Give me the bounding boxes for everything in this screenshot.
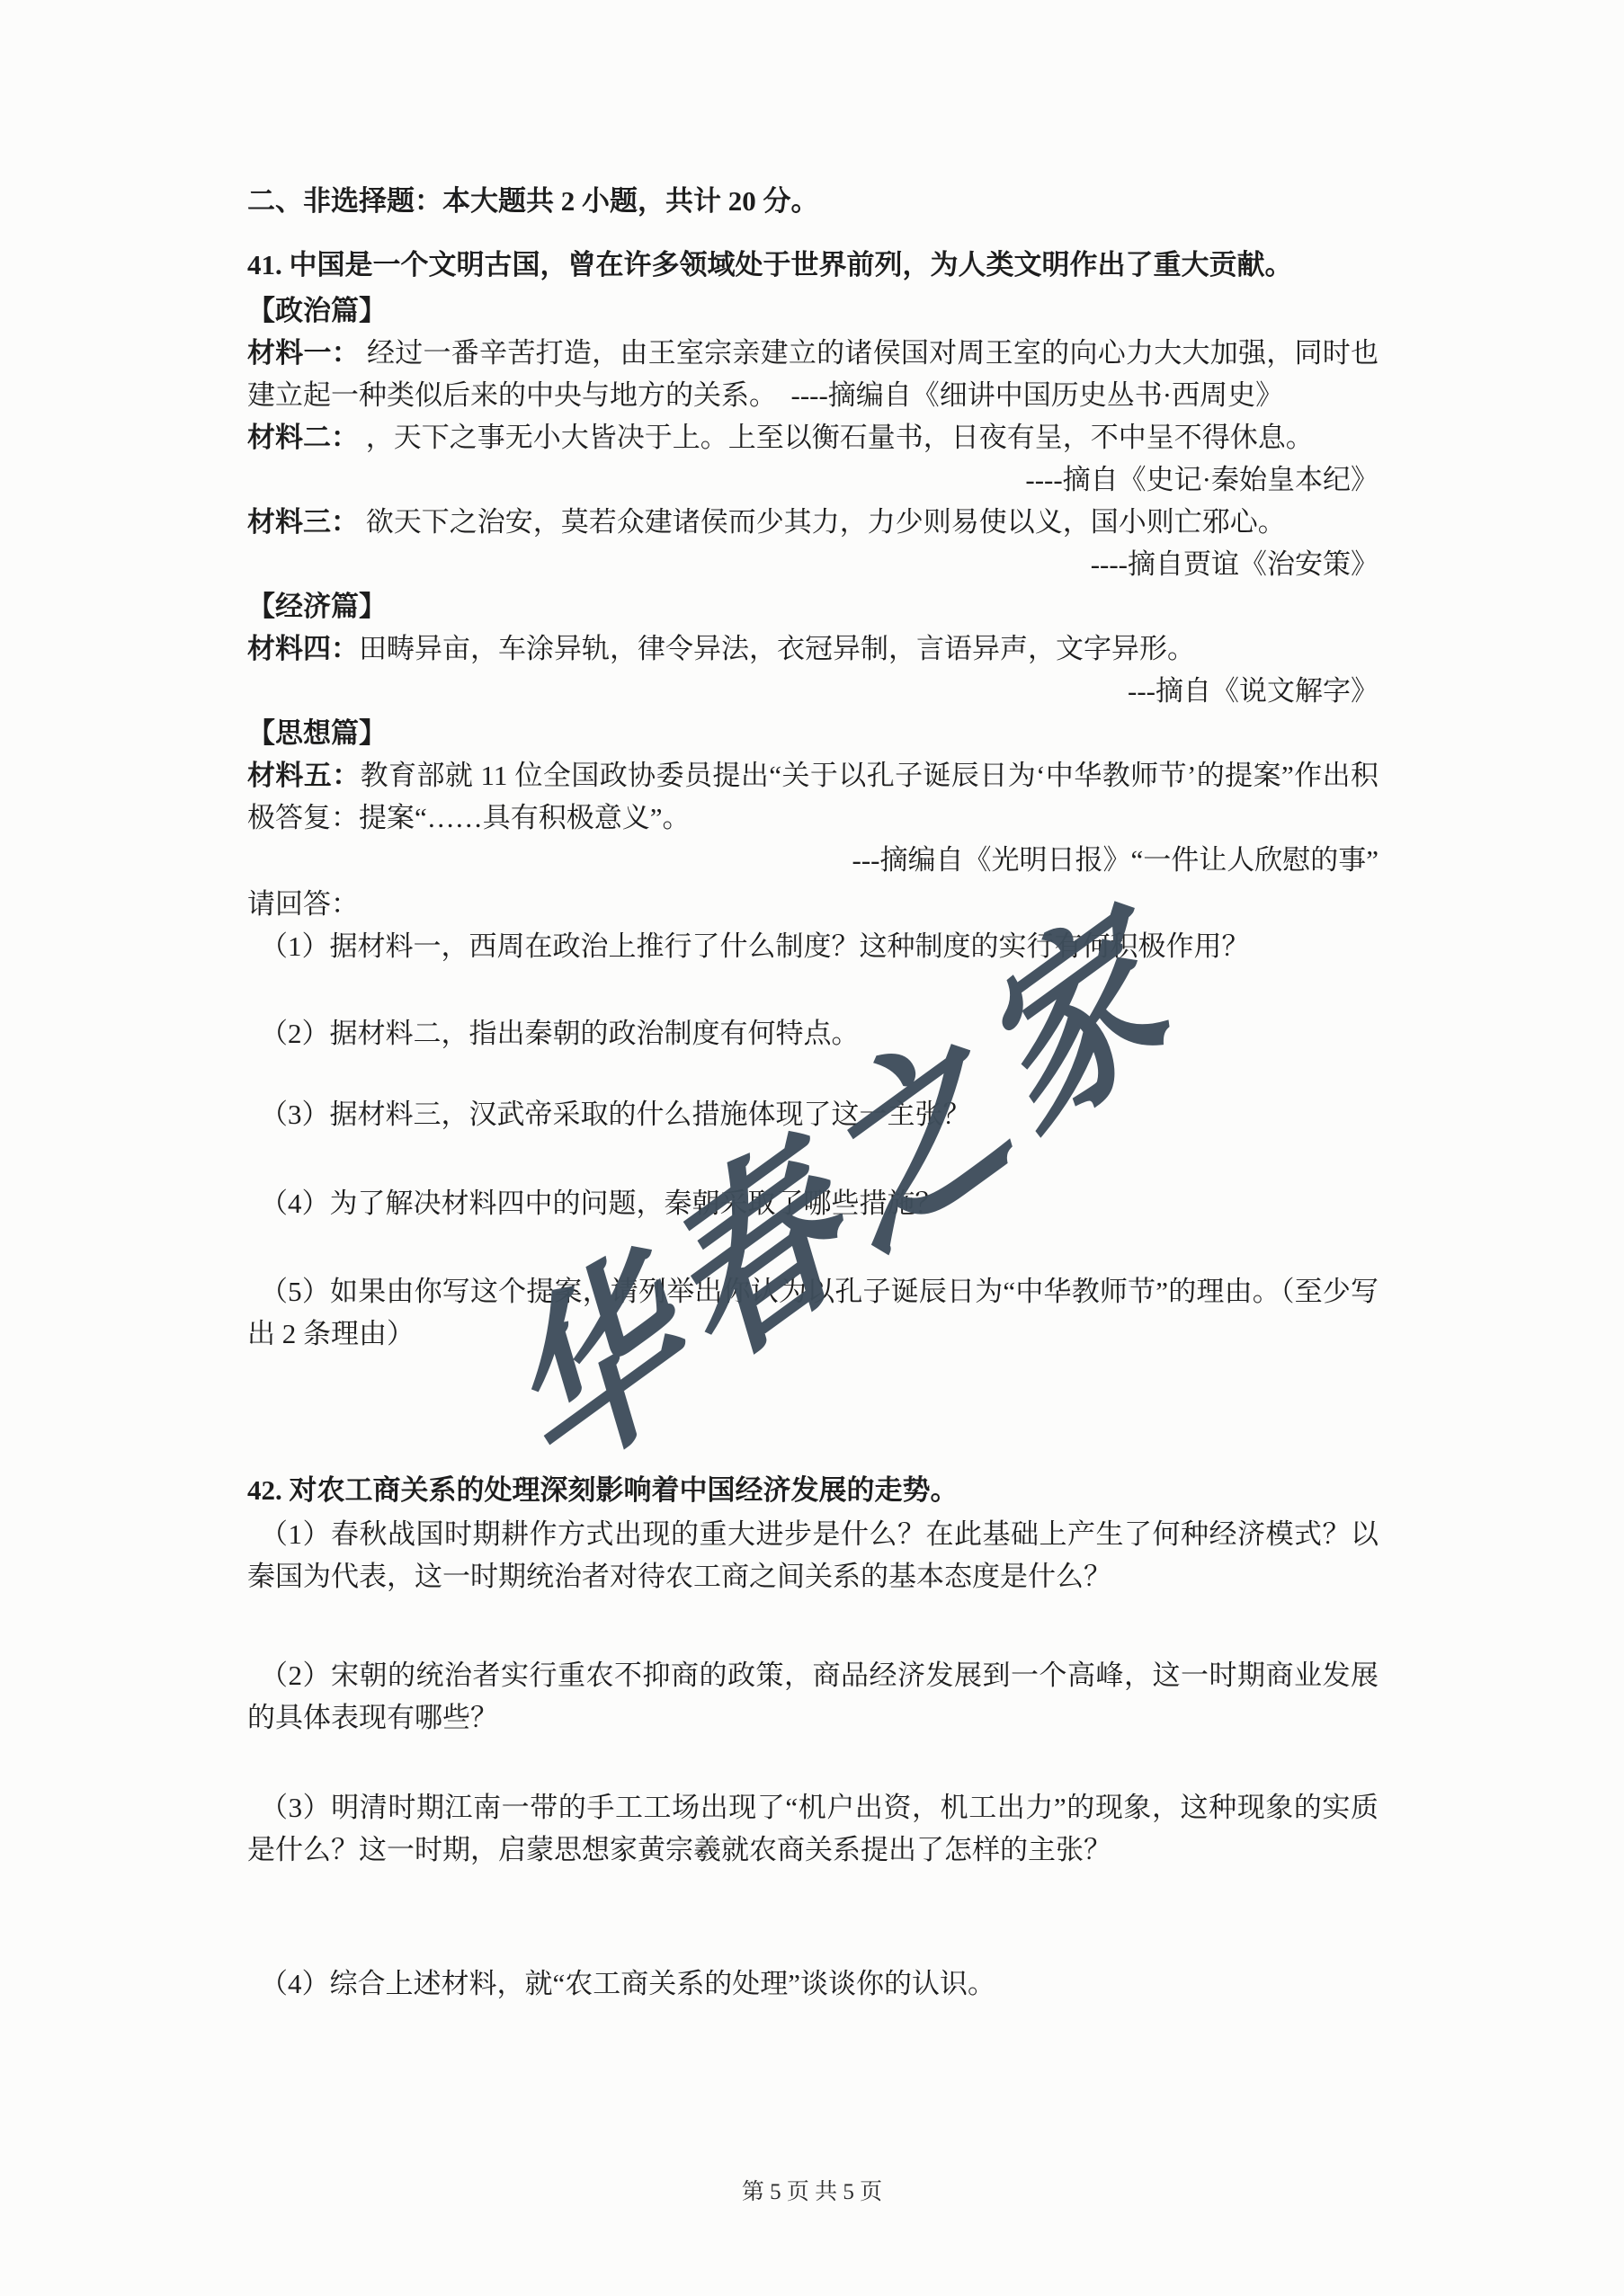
question-41-title: 41. 中国是一个文明古国，曾在许多领域处于世界前列，为人类文明作出了重大贡献。 [247, 244, 1379, 286]
question-42-title: 42. 对农工商关系的处理深刻影响着中国经济发展的走势。 [247, 1469, 1379, 1511]
material-4-text: 田畴异亩，车涂异轨，律令异法，衣冠异制，言语异声，文字异形。 [359, 633, 1195, 664]
material-5-text: 教育部就 11 位全国政协委员提出“关于以孔子诞辰日为‘中华教师节’的提案”作出… [247, 760, 1379, 833]
material-2-citation: ----摘自《史记·秦始皇本纪》 [247, 458, 1379, 501]
q41-politics-header: 【政治篇】 [247, 289, 1379, 332]
q41-subquestion-1: （1）据材料一，西周在政治上推行了什么制度？这种制度的实行有何积极作用？ [247, 925, 1379, 967]
material-4-label: 材料四： [247, 633, 359, 664]
material-2-label: 材料二： [247, 422, 359, 453]
exam-page: 华春之家 二、非选择题：本大题共 2 小题，共计 20 分。 41. 中国是一个… [0, 0, 1624, 2296]
q42-subquestion-1: （1）春秋战国时期耕作方式出现的重大进步是什么？在此基础上产生了何种经济模式？以… [247, 1513, 1379, 1597]
q41-material-3: 材料三： 欲天下之治安，莫若众建诸侯而少其力，力少则易使以义，国小则亡邪心。 [247, 501, 1379, 543]
q42-subquestion-2: （2）宋朝的统治者实行重农不抑商的政策，商品经济发展到一个高峰，这一时期商业发展… [247, 1654, 1379, 1739]
material-4-citation: ---摘自《说文解字》 [247, 670, 1379, 712]
q41-material-4: 材料四：田畴异亩，车涂异轨，律令异法，衣冠异制，言语异声，文字异形。 [247, 627, 1379, 670]
q41-answer-prompt: 请回答： [247, 883, 1379, 925]
q41-material-2: 材料二： ，天下之事无小大皆决于上。上至以衡石量书，日夜有呈，不中呈不得休息。 [247, 416, 1379, 458]
q41-thought-header: 【思想篇】 [247, 712, 1379, 754]
q41-subquestion-4: （4）为了解决材料四中的问题，秦朝采取了哪些措施？ [247, 1182, 1379, 1224]
material-1-citation: ----摘编自《细讲中国历史丛书·西周史》 [763, 379, 1284, 411]
material-2-text: ，天下之事无小大皆决于上。上至以衡石量书，日夜有呈，不中呈不得休息。 [359, 422, 1314, 453]
section-heading: 二、非选择题：本大题共 2 小题，共计 20 分。 [247, 180, 1379, 222]
q41-subquestion-3: （3）据材料三，汉武帝采取的什么措施体现了这一主张？ [247, 1093, 1379, 1135]
material-3-text: 欲天下之治安，莫若众建诸侯而少其力，力少则易使以义，国小则亡邪心。 [359, 506, 1286, 538]
q41-material-1: 材料一： 经过一番辛苦打造，由王室宗亲建立的诸侯国对周王室的向心力大大加强，同时… [247, 332, 1379, 416]
material-3-citation: ----摘自贾谊《治安策》 [247, 543, 1379, 585]
page-footer: 第 5 页 共 5 页 [0, 2174, 1624, 2206]
q41-subquestion-2: （2）据材料二，指出秦朝的政治制度有何特点。 [247, 1012, 1379, 1055]
material-1-label: 材料一： [247, 337, 360, 369]
material-3-label: 材料三： [247, 506, 359, 538]
q42-subquestion-3: （3）明清时期江南一带的手工工场出现了“机户出资，机工出力”的现象，这种现象的实… [247, 1786, 1379, 1871]
q41-subquestion-5: （5）如果由你写这个提案，请列举出你认为以孔子诞辰日为“中华教师节”的理由。（至… [247, 1270, 1379, 1355]
q41-economy-header: 【经济篇】 [247, 585, 1379, 627]
material-5-citation: ---摘编自《光明日报》“一件让人欣慰的事” [247, 839, 1379, 881]
page-content: 二、非选择题：本大题共 2 小题，共计 20 分。 41. 中国是一个文明古国，… [247, 180, 1379, 2005]
q41-material-5: 材料五：教育部就 11 位全国政协委员提出“关于以孔子诞辰日为‘中华教师节’的提… [247, 754, 1379, 839]
material-5-label: 材料五： [247, 760, 361, 791]
q42-subquestion-4: （4）综合上述材料，就“农工商关系的处理”谈谈你的认识。 [247, 1962, 1379, 2005]
